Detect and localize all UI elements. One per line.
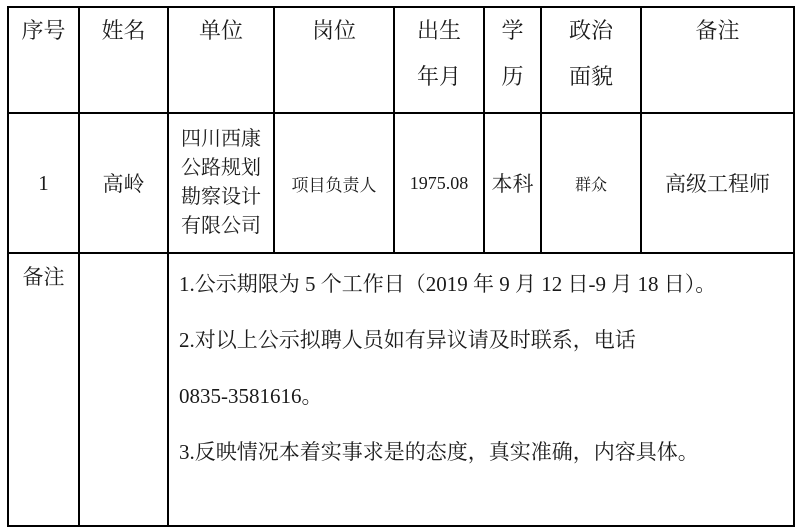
- note-line-phone: 0835-3581616。: [179, 368, 783, 424]
- table-header-row: 序号 姓名 单位 岗位 出生 年月 学 历 政治 面貌 备注: [8, 7, 794, 113]
- header-name: 姓名: [79, 7, 168, 113]
- note-line-1: 1.公示期限为 5 个工作日（2019 年 9 月 12 日-9 月 18 日）…: [179, 256, 783, 312]
- cell-education: 本科: [484, 113, 541, 253]
- publicity-table: 序号 姓名 单位 岗位 出生 年月 学 历 政治 面貌 备注 1 高岭 四川西康…: [7, 6, 795, 527]
- document-page: 序号 姓名 单位 岗位 出生 年月 学 历 政治 面貌 备注 1 高岭 四川西康…: [0, 0, 800, 529]
- cell-position: 项目负责人: [274, 113, 394, 253]
- header-remark: 备注: [641, 7, 794, 113]
- header-serial: 序号: [8, 7, 79, 113]
- header-position: 岗位: [274, 7, 394, 113]
- cell-serial: 1: [8, 113, 79, 253]
- notes-label: 备注: [8, 253, 79, 526]
- header-education: 学 历: [484, 7, 541, 113]
- cell-birth: 1975.08: [394, 113, 484, 253]
- note-line-2: 2.对以上公示拟聘人员如有异议请及时联系，电话: [179, 312, 783, 368]
- cell-political: 群众: [541, 113, 641, 253]
- cell-name: 高岭: [79, 113, 168, 253]
- notes-content: 1.公示期限为 5 个工作日（2019 年 9 月 12 日-9 月 18 日）…: [168, 253, 794, 526]
- table-row: 1 高岭 四川西康公路规划勘察设计有限公司 项目负责人 1975.08 本科 群…: [8, 113, 794, 253]
- note-line-3: 3.反映情况本着实事求是的态度，真实准确，内容具体。: [179, 424, 783, 480]
- cell-unit: 四川西康公路规划勘察设计有限公司: [168, 113, 274, 253]
- notes-empty-cell: [79, 253, 168, 526]
- header-political: 政治 面貌: [541, 7, 641, 113]
- header-unit: 单位: [168, 7, 274, 113]
- cell-remark: 高级工程师: [641, 113, 794, 253]
- header-birth: 出生 年月: [394, 7, 484, 113]
- notes-row: 备注 1.公示期限为 5 个工作日（2019 年 9 月 12 日-9 月 18…: [8, 253, 794, 526]
